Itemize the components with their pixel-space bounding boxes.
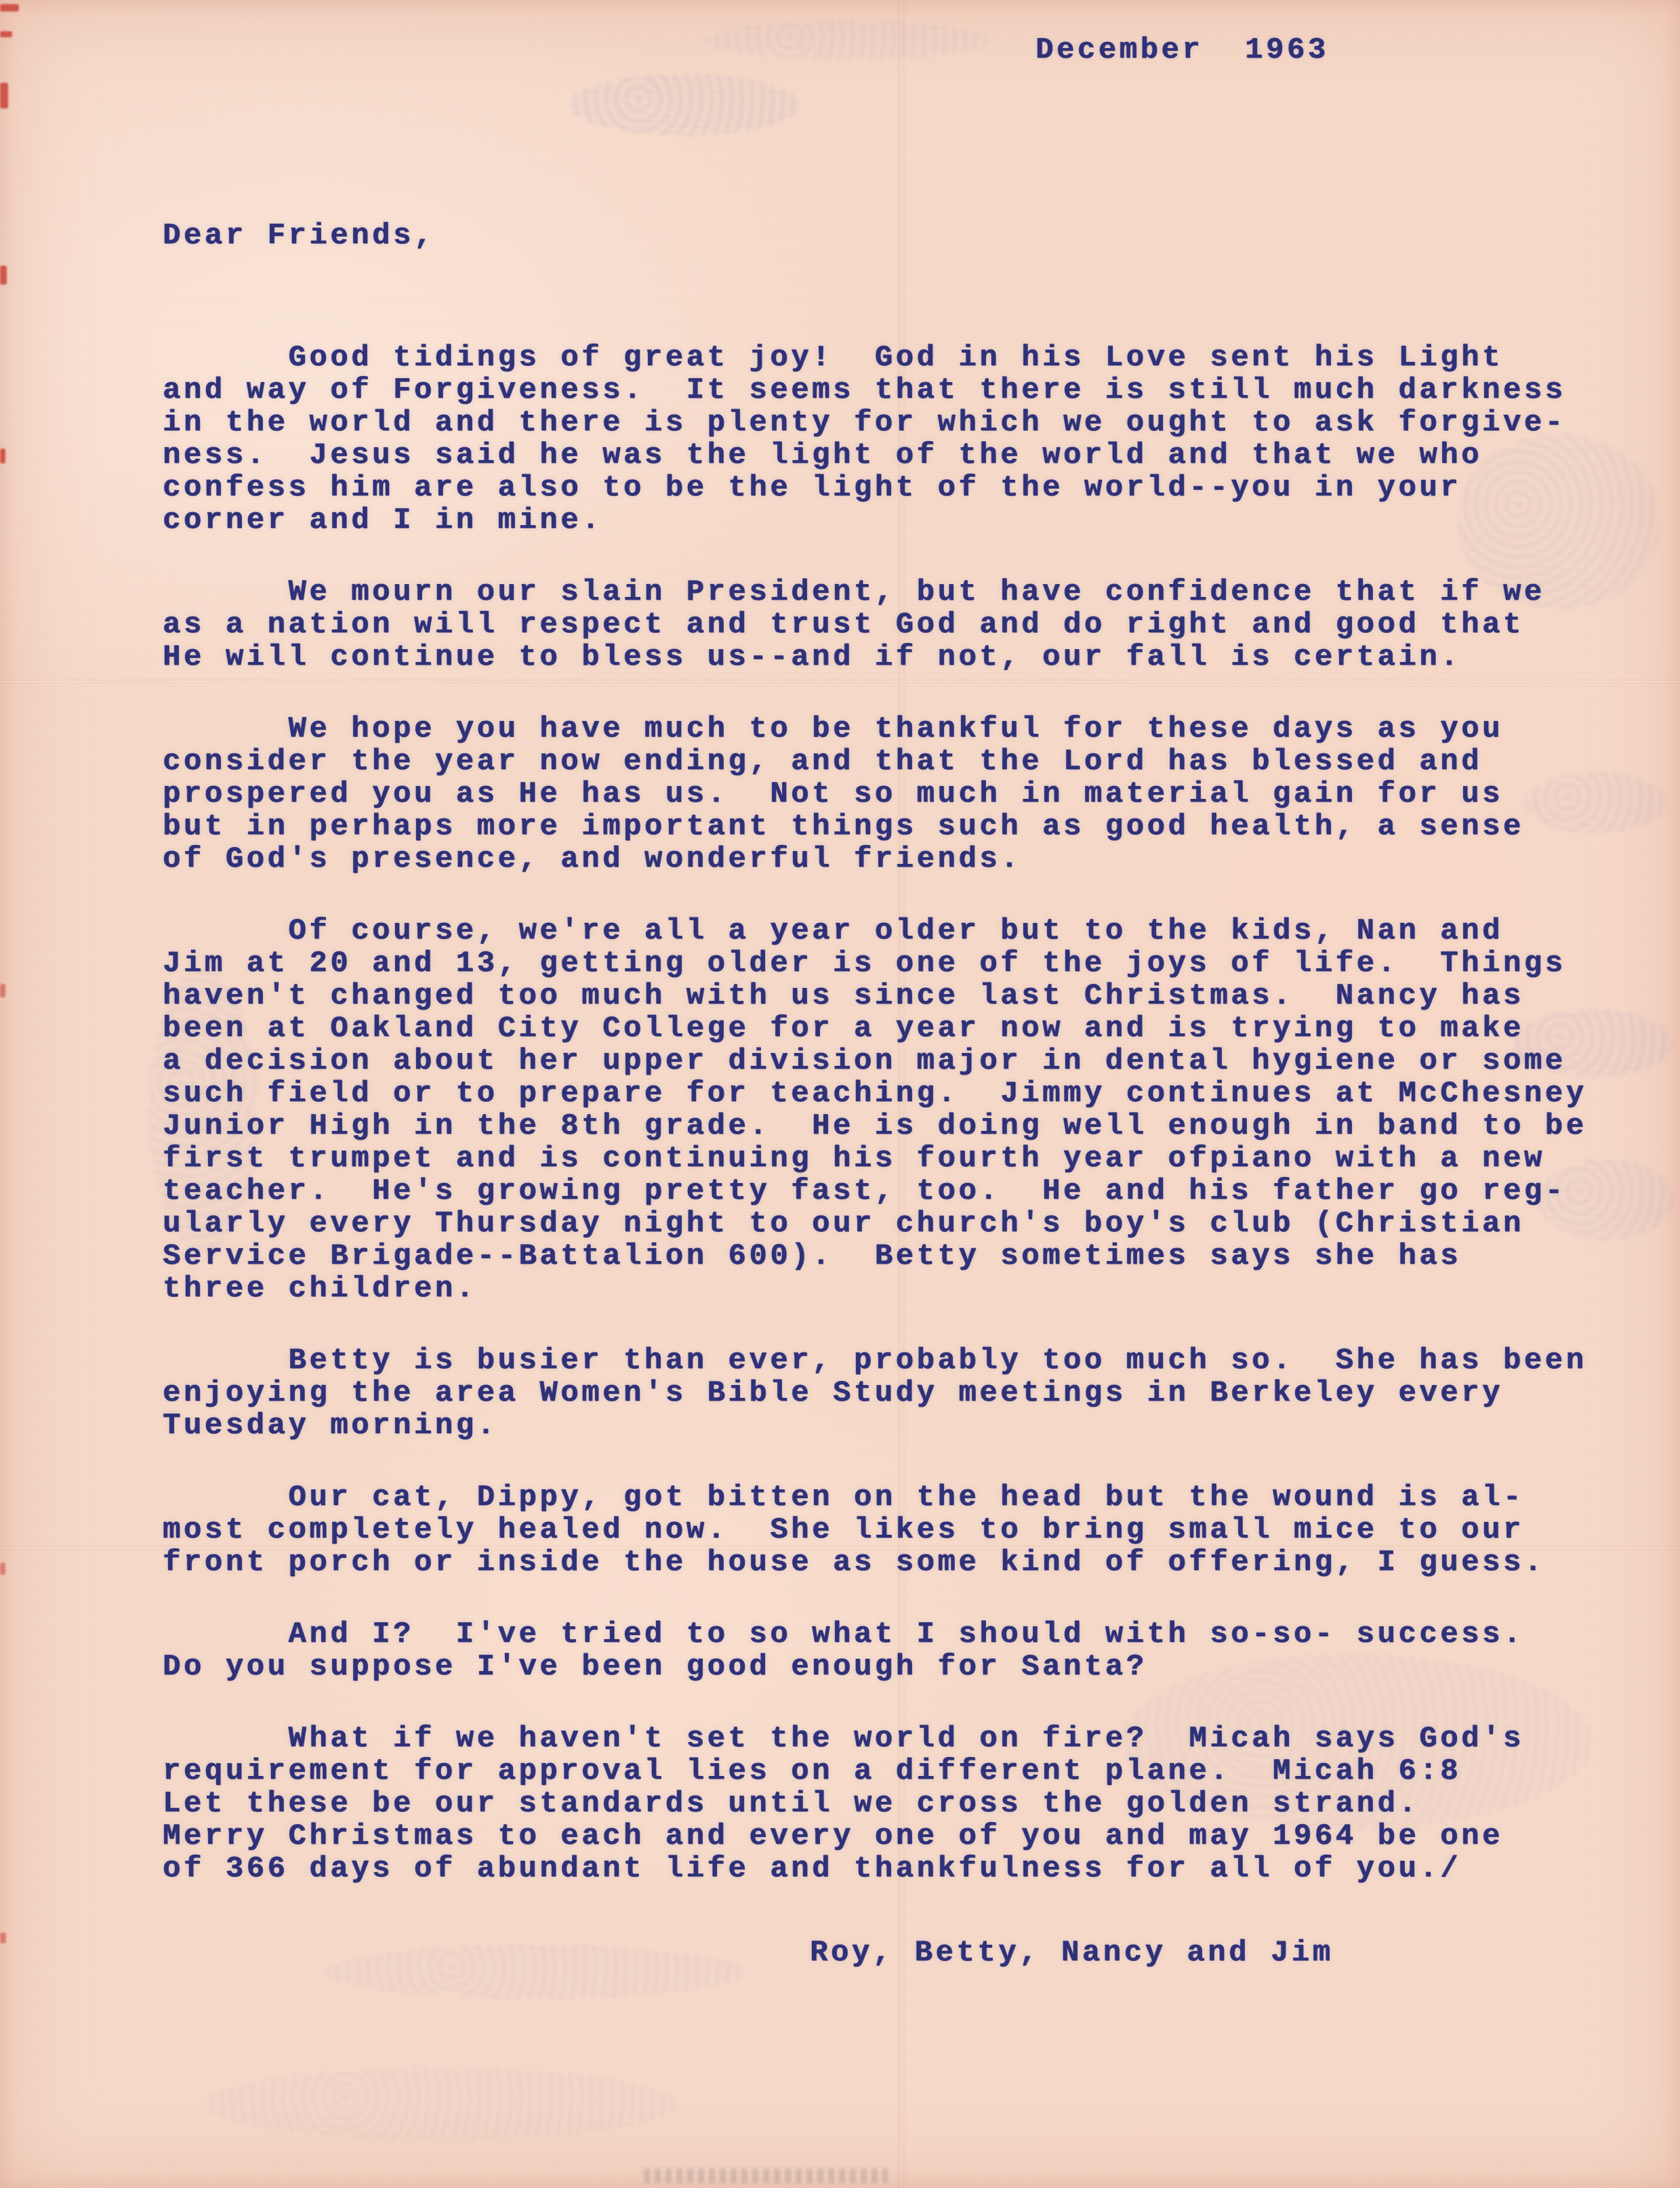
- paragraph-closing: What if we haven't set the world on fire…: [163, 1722, 1619, 1885]
- letter-date: December 1963: [1036, 34, 1329, 66]
- letter-body: December 1963 Dear Friends, Good tidings…: [0, 0, 1680, 1969]
- bleed-through-smudge: [203, 2067, 678, 2141]
- salutation: Dear Friends,: [163, 220, 1619, 252]
- paragraph-betty: Betty is busier than ever, probably too …: [163, 1344, 1619, 1442]
- paragraph-thankful: We hope you have much to be thankful for…: [163, 713, 1619, 875]
- paragraph-slain-president: We mourn our slain President, but have c…: [163, 576, 1619, 674]
- paragraph-cat-dippy: Our cat, Dippy, got bitten on the head b…: [163, 1481, 1619, 1579]
- signature: Roy, Betty, Nancy and Jim: [163, 1937, 1619, 1969]
- letter-page: December 1963 Dear Friends, Good tidings…: [0, 0, 1680, 2188]
- paragraph-good-tidings: Good tidings of great joy! God in his Lo…: [163, 342, 1619, 537]
- paragraph-family-news: Of course, we're all a year older but to…: [163, 915, 1619, 1305]
- scan-edge-streak: [644, 2168, 888, 2183]
- paragraph-and-i: And I? I've tried to so what I should wi…: [163, 1618, 1619, 1683]
